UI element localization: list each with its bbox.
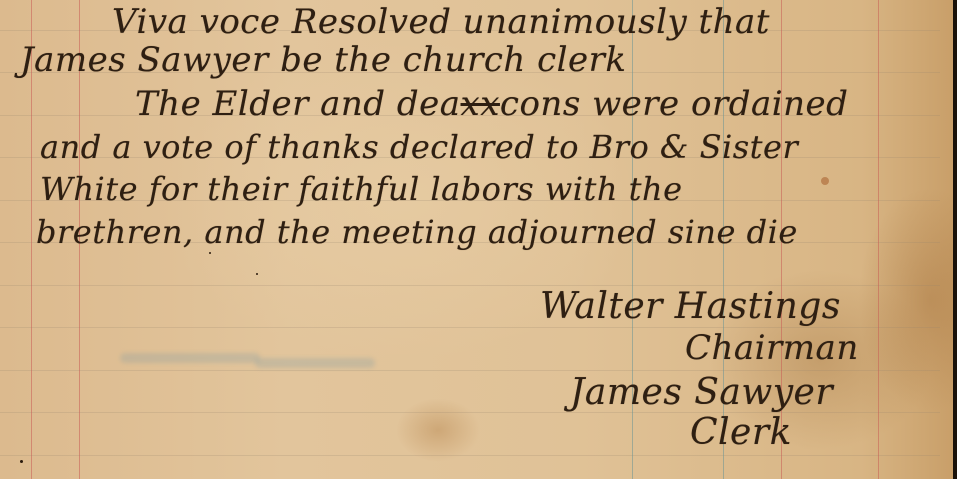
stain: [821, 177, 829, 185]
blue-ink-wash: [120, 353, 260, 363]
ink-speck: [20, 460, 23, 463]
ruled-line: [0, 455, 940, 456]
page-edge: [953, 0, 957, 479]
text-line: James Sawyer be the church clerk: [20, 40, 626, 80]
signature-title: Chairman: [685, 328, 859, 368]
text-segment: The Elder and dea: [135, 84, 461, 124]
text-line: Viva voce Resolved unanimously that: [112, 2, 770, 42]
blue-ink-wash: [255, 358, 375, 368]
column-rule: [878, 0, 879, 479]
text-segment: cons were ordained: [500, 84, 849, 124]
text-line: The Elder and deaxxcons were ordained: [135, 84, 848, 124]
signature-title: Clerk: [690, 412, 792, 453]
signature-name: James Sawyer: [570, 372, 833, 413]
ink-speck: [209, 252, 211, 254]
text-line: White for their faithful labors with the: [40, 170, 683, 208]
stain: [880, 43, 900, 53]
text-line: brethren, and the meeting adjourned sine…: [36, 213, 798, 251]
signature-name: Walter Hastings: [540, 286, 841, 327]
ledger-page: Viva voce Resolved unanimously that Jame…: [0, 0, 957, 479]
ruled-line: [0, 370, 940, 371]
ink-speck: [256, 273, 258, 275]
struck-text: xx: [461, 84, 500, 124]
text-line: and a vote of thanks declared to Bro & S…: [40, 128, 798, 166]
